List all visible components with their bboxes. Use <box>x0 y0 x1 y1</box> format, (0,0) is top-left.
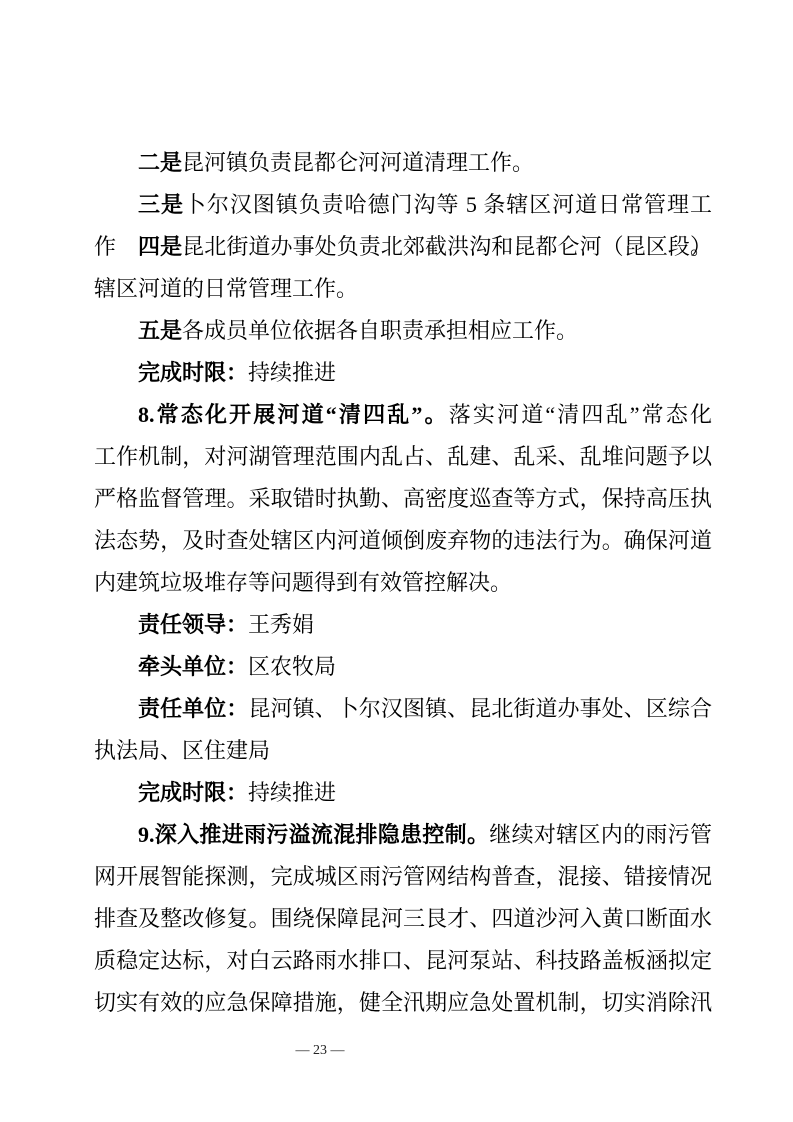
body-text: 网开展智能探测，完成城区雨污管网结构普查，混接、错接情况 <box>94 864 712 889</box>
text-line: 内建筑垃圾堆存等问题得到有效管控解决。 <box>94 562 712 604</box>
body-text: 昆河镇、卜尔汉图镇、昆北街道办事处、区综合 <box>248 696 712 721</box>
page-number: — 23 — <box>0 1040 640 1062</box>
body-text: 持续推进 <box>248 360 336 385</box>
body-text: 执法局、区住建局 <box>94 738 270 763</box>
emphasis-text: 完成时限： <box>138 780 248 805</box>
text-line: 三是卜尔汉图镇负责哈德门沟等 5 条辖区河道日常管理工作。 <box>94 184 712 226</box>
body-text: 落实河道“清四乱”常态化 <box>449 402 712 427</box>
body-text: 工作机制，对河湖管理范围内乱占、乱建、乱采、乱堆问题予以 <box>94 444 712 469</box>
body-text: 切实有效的应急保障措施，健全汛期应急处置机制，切实消除汛 <box>94 990 712 1015</box>
emphasis-text: 牵头单位： <box>138 654 248 679</box>
document-body: 二是昆河镇负责昆都仑河河道清理工作。三是卜尔汉图镇负责哈德门沟等 5 条辖区河道… <box>94 142 712 1024</box>
text-line: 五是各成员单位依据各自职责承担相应工作。 <box>94 310 712 352</box>
text-line: 执法局、区住建局 <box>94 730 712 772</box>
emphasis-text: 责任单位： <box>138 696 248 721</box>
body-text: 昆河镇负责昆都仑河河道清理工作。 <box>182 150 534 175</box>
emphasis-text: 五是 <box>138 318 182 343</box>
body-text: 王秀娟 <box>248 612 314 637</box>
text-line: 9.深入推进雨污溢流混排隐患控制。继续对辖区内的雨污管 <box>94 814 712 856</box>
body-text: 法态势，及时查处辖区内河道倾倒废弃物的违法行为。确保河道 <box>94 528 712 553</box>
document-page: 二是昆河镇负责昆都仑河河道清理工作。三是卜尔汉图镇负责哈德门沟等 5 条辖区河道… <box>0 0 793 1122</box>
emphasis-text: 完成时限： <box>138 360 248 385</box>
body-text: 严格监督管理。采取错时执勤、高密度巡查等方式，保持高压执 <box>94 486 712 511</box>
emphasis-text: 9.深入推进雨污溢流混排隐患控制。 <box>138 822 489 847</box>
emphasis-text: 四是 <box>138 234 182 259</box>
emphasis-text: 责任领导： <box>138 612 248 637</box>
text-line: 完成时限：持续推进 <box>94 352 712 394</box>
text-line: 牵头单位：区农牧局 <box>94 646 712 688</box>
body-text: 质稳定达标，对白云路雨水排口、昆河泵站、科技路盖板涵拟定 <box>94 948 712 973</box>
body-text: 排查及整改修复。围绕保障昆河三艮才、四道沙河入黄口断面水 <box>94 906 712 931</box>
body-text: 持续推进 <box>248 780 336 805</box>
text-line: 网开展智能探测，完成城区雨污管网结构普查，混接、错接情况 <box>94 856 712 898</box>
text-line: 排查及整改修复。围绕保障昆河三艮才、四道沙河入黄口断面水 <box>94 898 712 940</box>
text-line: 责任领导：王秀娟 <box>94 604 712 646</box>
text-line: 工作机制，对河湖管理范围内乱占、乱建、乱采、乱堆问题予以 <box>94 436 712 478</box>
text-line: 二是昆河镇负责昆都仑河河道清理工作。 <box>94 142 712 184</box>
emphasis-text: 三是 <box>138 192 184 217</box>
text-line: 四是昆北街道办事处负责北郊截洪沟和昆都仑河（昆区段） <box>94 226 712 268</box>
body-text: 辖区河道的日常管理工作。 <box>94 276 358 301</box>
body-text: 内建筑垃圾堆存等问题得到有效管控解决。 <box>94 570 512 595</box>
text-line: 8.常态化开展河道“清四乱”。落实河道“清四乱”常态化 <box>94 394 712 436</box>
emphasis-text: 8.常态化开展河道“清四乱”。 <box>138 402 449 427</box>
text-line: 完成时限：持续推进 <box>94 772 712 814</box>
text-line: 法态势，及时查处辖区内河道倾倒废弃物的违法行为。确保河道 <box>94 520 712 562</box>
emphasis-text: 二是 <box>138 150 182 175</box>
text-line: 切实有效的应急保障措施，健全汛期应急处置机制，切实消除汛 <box>94 982 712 1024</box>
body-text: 各成员单位依据各自职责承担相应工作。 <box>182 318 578 343</box>
text-line: 质稳定达标，对白云路雨水排口、昆河泵站、科技路盖板涵拟定 <box>94 940 712 982</box>
body-text: 继续对辖区内的雨污管 <box>489 822 712 847</box>
text-line: 辖区河道的日常管理工作。 <box>94 268 712 310</box>
body-text: 区农牧局 <box>248 654 336 679</box>
text-line: 责任单位：昆河镇、卜尔汉图镇、昆北街道办事处、区综合 <box>94 688 712 730</box>
text-line: 严格监督管理。采取错时执勤、高密度巡查等方式，保持高压执 <box>94 478 712 520</box>
body-text: 昆北街道办事处负责北郊截洪沟和昆都仑河（昆区段） <box>182 234 712 259</box>
